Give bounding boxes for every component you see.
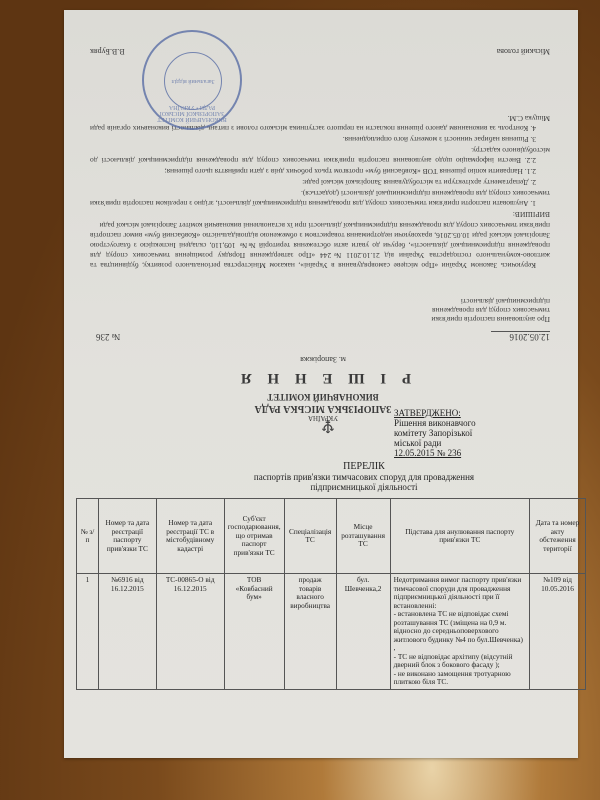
document-page: ♆ УКРАЇНА ЗАПОРІЗЬКА МІСЬКА РАДА ВИКОНАВ…	[64, 10, 578, 758]
cell-passport: №6916 від 16.12.2015	[98, 574, 156, 690]
cell-cadastre: ТС-00865-О від 16.12.2015	[156, 574, 224, 690]
cell-number: 1	[77, 574, 99, 690]
col-header: Дата та номер акту обстеження території	[530, 499, 586, 574]
paragraph: 2.2. Внести інформацію щодо анулювання п…	[90, 145, 550, 165]
list-subtitle: паспортів прив'язки тимчасових споруд дл…	[154, 472, 574, 482]
decision-subject: Про анулювання паспортів прив'язки тимча…	[400, 297, 550, 324]
paragraph: 2. Департаменту архітектури та містобуду…	[90, 177, 550, 187]
approved-line: комітету Запорізької	[394, 428, 476, 438]
paragraph: 1. Анулювати паспорти прив'язки тимчасов…	[90, 188, 550, 208]
paragraph: Керуючись Законом України «Про місцеве с…	[90, 220, 550, 270]
decision-number: № 236	[96, 332, 120, 342]
country-label: УКРАЇНА	[78, 414, 568, 422]
official-stamp: ВИКОНАВЧИЙ КОМІТЕТ ЗАПОРІЗЬКОЇ МІСЬКОЇ Р…	[142, 30, 242, 130]
list-subtitle: підприємницької діяльності	[154, 482, 574, 492]
committee-name: ВИКОНАВЧИЙ КОМІТЕТ	[78, 392, 568, 402]
decision-section-rotated: ♆ УКРАЇНА ЗАПОРІЗЬКА МІСЬКА РАДА ВИКОНАВ…	[64, 10, 578, 450]
cell-entity: ТОВ «Ковбасний бум»	[224, 574, 284, 690]
approved-line: міської ради	[394, 438, 476, 448]
city-label: м. Запоріжжя	[78, 355, 568, 364]
approved-title: ЗАТВЕРДЖЕНО:	[394, 408, 476, 418]
approved-date-number: 12.05.2015 № 236	[394, 448, 476, 458]
cell-basis: Недотримання вимог паспорту прив'язки ти…	[390, 574, 529, 690]
passports-table: № з/п Номер та дата реєстрації паспорту …	[76, 498, 586, 690]
cell-act: №109 від 10.05.2016	[530, 574, 586, 690]
decision-date: 12.05.2016	[492, 331, 551, 342]
signature-name: В.В.Буряк	[90, 47, 125, 56]
list-title: ПЕРЕЛІК	[154, 462, 574, 472]
cell-specialization: продаж товарів власного виробництва	[284, 574, 336, 690]
decision-title: Р І Ш Е Н Н Я	[78, 369, 568, 386]
col-header: Номер та дата реєстрації ТС в містобудів…	[156, 499, 224, 574]
paragraph: ВИРІШИВ:	[90, 209, 550, 219]
decision-body: Керуючись Законом України «Про місцеве с…	[90, 112, 550, 270]
signature-role: Міський голова	[497, 47, 550, 56]
approved-line: Рішення виконавчого	[394, 418, 476, 428]
list-heading: ПЕРЕЛІК паспортів прив'язки тимчасових с…	[154, 462, 574, 492]
council-name: ЗАПОРІЗЬКА МІСЬКА РАДА	[78, 403, 568, 414]
col-header: Спеціалізація ТС	[284, 499, 336, 574]
col-header: Номер та дата реєстрації паспорту прив'я…	[98, 499, 156, 574]
paragraph: 2.1. Направити копію рішення ТОВ «Ковбас…	[90, 166, 550, 176]
col-header: № з/п	[77, 499, 99, 574]
col-header: Місце розташування ТС	[336, 499, 390, 574]
stamp-center-text: Загальний відділ	[172, 78, 215, 84]
table-header-row: № з/п Номер та дата реєстрації паспорту …	[77, 499, 586, 574]
approval-block: ЗАТВЕРДЖЕНО: Рішення виконавчого комітет…	[394, 408, 476, 458]
col-header: Суб'єкт господарювання, що отримав паспо…	[224, 499, 284, 574]
cell-location: бул. Шевченка,2	[336, 574, 390, 690]
col-header: Підстава для анулювання паспорту прив'яз…	[390, 499, 529, 574]
paragraph: 3. Рішення набирає чинності з моменту йо…	[90, 134, 550, 144]
table-row: 1 №6916 від 16.12.2015 ТС-00865-О від 16…	[77, 574, 586, 690]
